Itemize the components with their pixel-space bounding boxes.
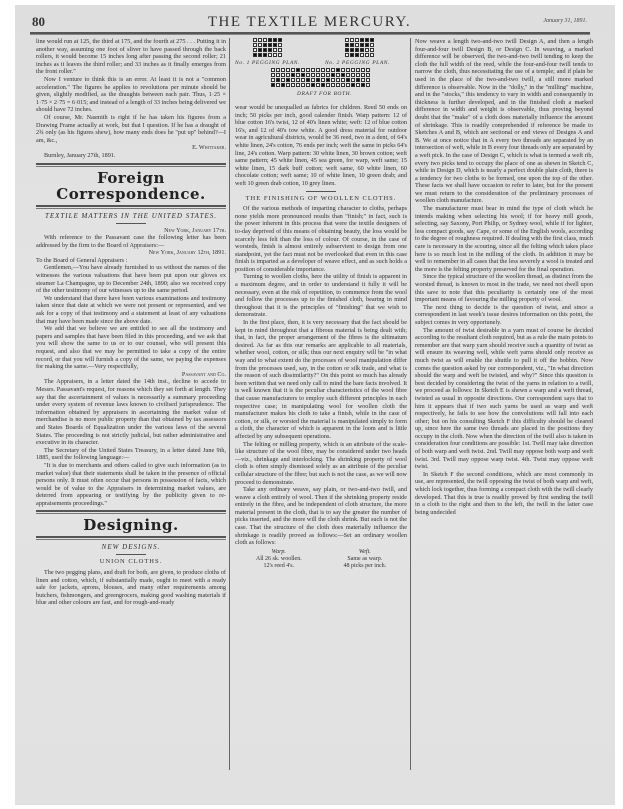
- weave-cell: [361, 83, 365, 87]
- weave-cell: [331, 68, 335, 72]
- weave-cell: [351, 73, 355, 77]
- weave-cell: [316, 73, 320, 77]
- letter-paragraph: We understand that there have been vario…: [36, 295, 226, 325]
- weave-cell: [336, 73, 340, 77]
- weave-cell: [301, 73, 305, 77]
- weave-cell: [286, 73, 290, 77]
- weave-cell: [311, 73, 315, 77]
- warp-heading: Warp.: [256, 549, 302, 556]
- weave-cell: [351, 78, 355, 82]
- weave-cell: [366, 83, 370, 87]
- weave-cell: [326, 68, 330, 72]
- weave-cell: [291, 83, 295, 87]
- weave-cell: [331, 73, 335, 77]
- weave-cell: [291, 73, 295, 77]
- weave-cell: [296, 83, 300, 87]
- weft-line: 48 picks per inch.: [343, 563, 386, 570]
- weave-cell: [356, 73, 360, 77]
- weave-cell: [370, 38, 374, 42]
- weave-cell: [366, 73, 370, 77]
- dateline: New York, January 12th, 1891.: [36, 249, 226, 257]
- weave-cell: [345, 43, 349, 47]
- weave-cell: [271, 73, 275, 77]
- weave-cell: [336, 78, 340, 82]
- weave-cell: [278, 48, 282, 52]
- weave-cell: [268, 38, 272, 42]
- weave-cell: [311, 78, 315, 82]
- weave-cell: [361, 78, 365, 82]
- finishing-paragraph: In the first place, then, it is very nec…: [235, 319, 407, 441]
- weave-cell: [360, 48, 364, 52]
- weave-cell: [331, 78, 335, 82]
- weave-cell: [366, 68, 370, 72]
- weave-cell: [370, 53, 374, 57]
- finishing-heading: THE FINISHING OF WOOLLEN CLOTHS.: [235, 195, 407, 203]
- journal-title: THE TEXTILE MERCURY.: [32, 14, 587, 31]
- weft-line: Same as warp.: [343, 556, 386, 563]
- weft-spec: Weft. Same as warp. 48 picks per inch.: [343, 549, 386, 571]
- designing-heading: Designing.: [36, 517, 226, 533]
- weave-cell: [341, 68, 345, 72]
- weave-cell: [306, 78, 310, 82]
- weave-cell: [253, 38, 257, 42]
- weave-cell: [276, 83, 280, 87]
- weave-cell: [281, 73, 285, 77]
- weave-cell: [263, 48, 267, 52]
- weave-cell: [321, 68, 325, 72]
- draft-grid: [271, 68, 370, 87]
- finishing-paragraph: The felting or milling property, which i…: [235, 441, 407, 487]
- weave-cell: [365, 43, 369, 47]
- weave-cell: [253, 48, 257, 52]
- masthead: 80 THE TEXTILE MERCURY. January 31, 1891…: [32, 12, 587, 30]
- weave-cell: [271, 83, 275, 87]
- weave-cell: [311, 83, 315, 87]
- weave-cell: [351, 83, 355, 87]
- short-rule: [306, 191, 336, 192]
- column-divider: [410, 38, 411, 770]
- weave-cell: [258, 43, 262, 47]
- weave-cell: [321, 78, 325, 82]
- draft-label: DRAFT FOR BOTH.: [297, 91, 352, 99]
- weave-cell: [345, 53, 349, 57]
- weave-cell: [356, 83, 360, 87]
- weave-cell: [341, 78, 345, 82]
- weave-cell: [370, 43, 374, 47]
- weave-cell: [263, 38, 267, 42]
- middle-column: No. 1 PEGGING PLAN. No. 2 PEGGING PLAN. …: [235, 38, 407, 570]
- weave-cell: [306, 68, 310, 72]
- weave-cell: [341, 73, 345, 77]
- weave-cell: [341, 83, 345, 87]
- section-rule: [36, 510, 226, 514]
- weave-cell: [306, 83, 310, 87]
- weave-cell: [281, 78, 285, 82]
- us-section-heading: TEXTILE MATTERS IN THE UNITED STATES.: [36, 212, 226, 220]
- weave-cell: [276, 68, 280, 72]
- weave-cell: [271, 68, 275, 72]
- weave-cell: [276, 73, 280, 77]
- cloth-setting: Warp. All 26 sk. woollen. 12's reed 4's.…: [235, 549, 407, 571]
- weave-cell: [346, 73, 350, 77]
- letter-signature: E. Whittaker.: [36, 144, 226, 152]
- letter-dateline: Burnley, January 27th, 1891.: [36, 152, 226, 160]
- weave-cell: [360, 38, 364, 42]
- weave-cell: [316, 83, 320, 87]
- weave-cell: [281, 68, 285, 72]
- appraisers-paragraph: The Appraisers, in a letter dated the 14…: [36, 378, 226, 446]
- appraisers-paragraph: The Secretary of the United States Treas…: [36, 447, 226, 462]
- pegging-plan-1-grid: [253, 38, 282, 57]
- weave-cell: [286, 68, 290, 72]
- weave-cell: [355, 43, 359, 47]
- weave-cell: [350, 48, 354, 52]
- article-paragraph: The manufacturer must bear in mind the t…: [415, 205, 593, 273]
- weave-cell: [286, 78, 290, 82]
- weave-cell: [361, 73, 365, 77]
- addressee: To the Board of General Appraisers :: [36, 257, 226, 265]
- article-paragraph: The next thing to decide is the question…: [415, 304, 593, 327]
- section-rule: [36, 205, 226, 209]
- weave-cell: [301, 68, 305, 72]
- weave-cell: [268, 48, 272, 52]
- weave-cell: [356, 68, 360, 72]
- weave-cell: [355, 48, 359, 52]
- weave-cell: [326, 78, 330, 82]
- weave-cell: [273, 38, 277, 42]
- weave-cell: [278, 38, 282, 42]
- article-paragraph: In Sketch F the second conditions, which…: [415, 471, 593, 517]
- weft-heading: Weft.: [343, 549, 386, 556]
- weave-cell: [360, 43, 364, 47]
- weave-cell: [258, 38, 262, 42]
- article-paragraph: Since the typical structure of the wooll…: [415, 273, 593, 303]
- article-paragraph: The amount of twist desirable in a yarn …: [415, 327, 593, 471]
- masthead-rule: [30, 32, 590, 35]
- weave-cell: [346, 83, 350, 87]
- warp-line: All 26 sk. woollen.: [256, 556, 302, 563]
- weave-cell: [351, 68, 355, 72]
- intro-paragraph: With reference to the Passavant case the…: [36, 234, 226, 249]
- short-rule: [116, 223, 146, 224]
- weave-cell: [355, 53, 359, 57]
- finishing-paragraph: Take any ordinary weave, say plain, or t…: [235, 486, 407, 547]
- right-column: Now weave a length two-and-two twill Des…: [415, 38, 593, 516]
- weave-cell: [258, 53, 262, 57]
- weave-cell: [291, 68, 295, 72]
- weave-cell: [296, 73, 300, 77]
- weave-cell: [296, 78, 300, 82]
- weave-cell: [281, 83, 285, 87]
- weave-cell: [365, 53, 369, 57]
- weave-cell: [346, 78, 350, 82]
- weave-cell: [301, 83, 305, 87]
- letter-paragraph: Of course, Mr. Nasmith is right if he ha…: [36, 114, 226, 144]
- weave-cell: [276, 78, 280, 82]
- weave-cell: [331, 83, 335, 87]
- weave-cell: [253, 53, 257, 57]
- pegging-plan-figure: No. 1 PEGGING PLAN. No. 2 PEGGING PLAN. …: [235, 38, 407, 100]
- weave-cell: [346, 68, 350, 72]
- weave-cell: [278, 53, 282, 57]
- weave-cell: [263, 53, 267, 57]
- finishing-paragraph: Of the various methods of imparting char…: [235, 205, 407, 273]
- weave-cell: [271, 78, 275, 82]
- weave-cell: [345, 48, 349, 52]
- weave-cell: [365, 38, 369, 42]
- weave-cell: [306, 73, 310, 77]
- weave-cell: [253, 43, 257, 47]
- weave-cell: [326, 73, 330, 77]
- column-divider: [229, 38, 230, 770]
- weave-cell: [316, 78, 320, 82]
- weave-cell: [360, 53, 364, 57]
- weave-cell: [263, 43, 267, 47]
- weave-cell: [336, 83, 340, 87]
- section-rule: [36, 536, 226, 540]
- new-designs-heading: NEW DESIGNS.: [36, 543, 226, 551]
- weave-cell: [321, 83, 325, 87]
- weave-cell: [311, 68, 315, 72]
- weave-cell: [268, 43, 272, 47]
- weave-cell: [366, 78, 370, 82]
- article-paragraph: Now weave a length two-and-two twill Des…: [415, 38, 593, 205]
- weave-cell: [350, 53, 354, 57]
- letter-paragraph: Gentlemen,—You have already furnished to…: [36, 264, 226, 294]
- letter-paragraph: Now I venture to think this is an error.…: [36, 76, 226, 114]
- weave-cell: [278, 43, 282, 47]
- appraisers-paragraph: "It is due to merchants and others calle…: [36, 462, 226, 508]
- weave-cell: [370, 48, 374, 52]
- weave-cell: [268, 53, 272, 57]
- pegging-plan-2-label: No. 2 PEGGING PLAN.: [325, 60, 390, 68]
- weave-cell: [258, 48, 262, 52]
- finishing-paragraph: Turning to woollen cloths, here the util…: [235, 273, 407, 319]
- weave-cell: [321, 73, 325, 77]
- section-rule: [36, 163, 226, 167]
- weave-cell: [356, 78, 360, 82]
- weave-cell: [296, 68, 300, 72]
- weave-cell: [350, 38, 354, 42]
- letter-paragraph: line would run at 125, the third at 175,…: [36, 38, 226, 76]
- weave-cell: [361, 68, 365, 72]
- weave-cell: [291, 78, 295, 82]
- letter-paragraph: We add that we believe we are entitled t…: [36, 325, 226, 371]
- weave-cell: [301, 78, 305, 82]
- weave-cell: [316, 68, 320, 72]
- weave-cell: [326, 83, 330, 87]
- warp-line: 12's reed 4's.: [256, 563, 302, 570]
- letter-firm: Passavant and Co.: [36, 371, 226, 379]
- weave-cell: [365, 48, 369, 52]
- pegging-plan-1-label: No. 1 PEGGING PLAN.: [235, 60, 300, 68]
- weave-cell: [286, 83, 290, 87]
- warp-spec: Warp. All 26 sk. woollen. 12's reed 4's.: [256, 549, 302, 571]
- left-column: line would run at 125, the third at 175,…: [36, 38, 226, 607]
- union-paragraph: The two pegging plans, and draft for bot…: [36, 569, 226, 607]
- weave-cell: [273, 53, 277, 57]
- weave-cell: [355, 38, 359, 42]
- weave-cell: [345, 38, 349, 42]
- weave-cell: [336, 68, 340, 72]
- weave-cell: [350, 43, 354, 47]
- union-paragraph: wear would be unequalled as fabrics for …: [235, 104, 407, 188]
- dateline: New York, January 17th.: [36, 227, 226, 235]
- issue-date: January 31, 1891.: [543, 18, 587, 24]
- union-cloths-heading: UNION CLOTHS.: [36, 558, 226, 566]
- weave-cell: [273, 48, 277, 52]
- pegging-plan-2-grid: [345, 38, 374, 57]
- short-rule: [116, 554, 146, 555]
- foreign-correspondence-heading: Foreign Correspondence.: [36, 170, 226, 202]
- weave-cell: [273, 43, 277, 47]
